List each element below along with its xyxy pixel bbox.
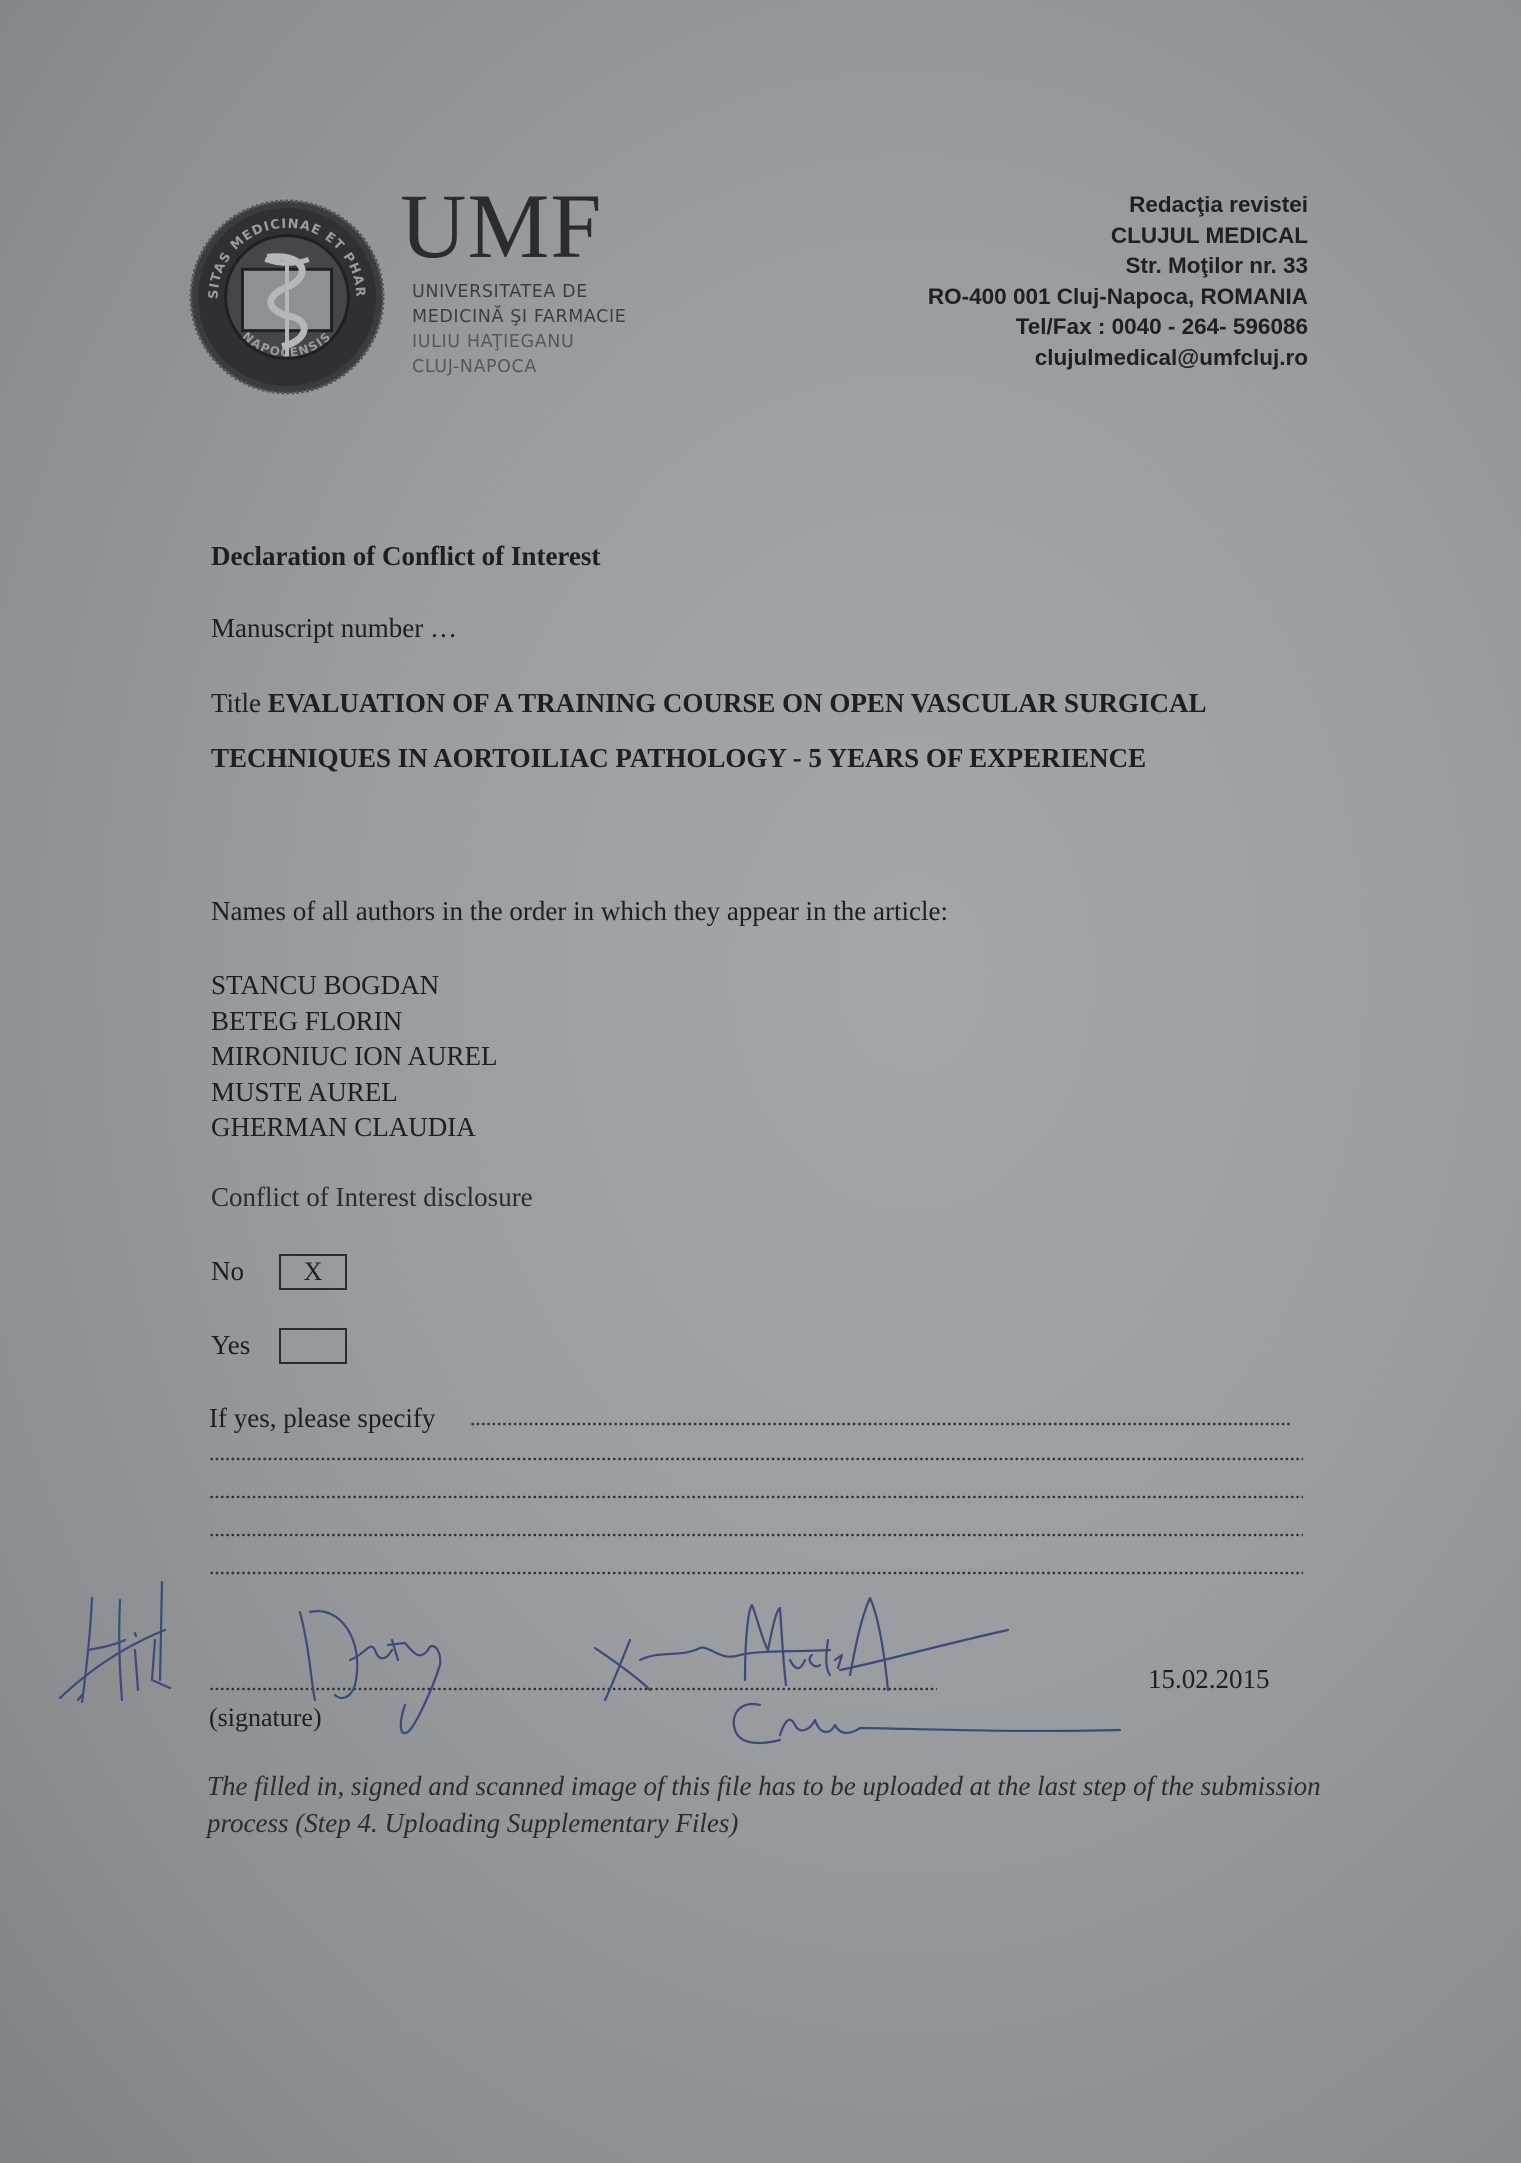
title-label: Title [211,688,268,718]
author-name: GHERMAN CLAUDIA [211,1110,498,1146]
logo-wordmark: UMF [400,180,602,272]
signature-date: 15.02.2015 [1148,1664,1270,1695]
yes-checkbox[interactable] [279,1328,347,1364]
signature-label: (signature) [209,1703,322,1733]
address-line: CLUJUL MEDICAL [928,221,1308,252]
author-name: MUSTE AUREL [211,1075,498,1111]
address-line: Str. Moţilor nr. 33 [928,251,1308,282]
manuscript-title: Title EVALUATION OF A TRAINING COURSE ON… [211,676,1321,786]
authors-list: STANCU BOGDAN BETEG FLORIN MIRONIUC ION … [211,968,498,1146]
university-line: CLUJ-NAPOCA [412,355,626,380]
specify-label: If yes, please specify [209,1403,435,1434]
address-line: RO-400 001 Cluj-Napoca, ROMANIA [928,282,1308,313]
university-name: UNIVERSITATEA DE MEDICINĂ ŞI FARMACIE IU… [412,280,626,380]
title-value: EVALUATION OF A TRAINING COURSE ON OPEN … [211,688,1205,773]
specify-line[interactable] [209,1533,1303,1537]
no-checkbox[interactable]: X [279,1254,347,1290]
disclosure-label: Conflict of Interest disclosure [211,1182,533,1213]
university-line: MEDICINĂ ŞI FARMACIE [412,305,626,330]
university-seal-logo: UNIVERSITAS MEDICINAE ET PHARMACIAE NAPO… [188,198,386,396]
authors-label: Names of all authors in the order in whi… [211,896,948,927]
author-name: BETEG FLORIN [211,1004,498,1040]
signature-line[interactable] [209,1687,937,1691]
address-line: Redacţia revistei [928,190,1308,221]
address-line: Tel/Fax : 0040 - 264- 596086 [928,312,1308,343]
journal-address: Redacţia revistei CLUJUL MEDICAL Str. Mo… [928,190,1308,373]
no-option-label: No [211,1256,244,1287]
university-line: UNIVERSITATEA DE [412,280,626,305]
university-line: IULIU HAŢIEGANU [412,330,626,355]
yes-option-label: Yes [211,1330,250,1361]
manuscript-number-label: Manuscript number … [211,613,457,644]
author-name: MIRONIUC ION AUREL [211,1039,498,1075]
specify-line[interactable] [209,1457,1303,1461]
form-heading: Declaration of Conflict of Interest [211,541,600,572]
specify-line[interactable] [470,1422,1290,1426]
submission-note: The filled in, signed and scanned image … [207,1768,1357,1842]
address-email: clujulmedical@umfcluj.ro [928,343,1308,374]
specify-line[interactable] [209,1495,1303,1499]
author-name: STANCU BOGDAN [211,968,498,1004]
specify-line[interactable] [209,1571,1303,1575]
